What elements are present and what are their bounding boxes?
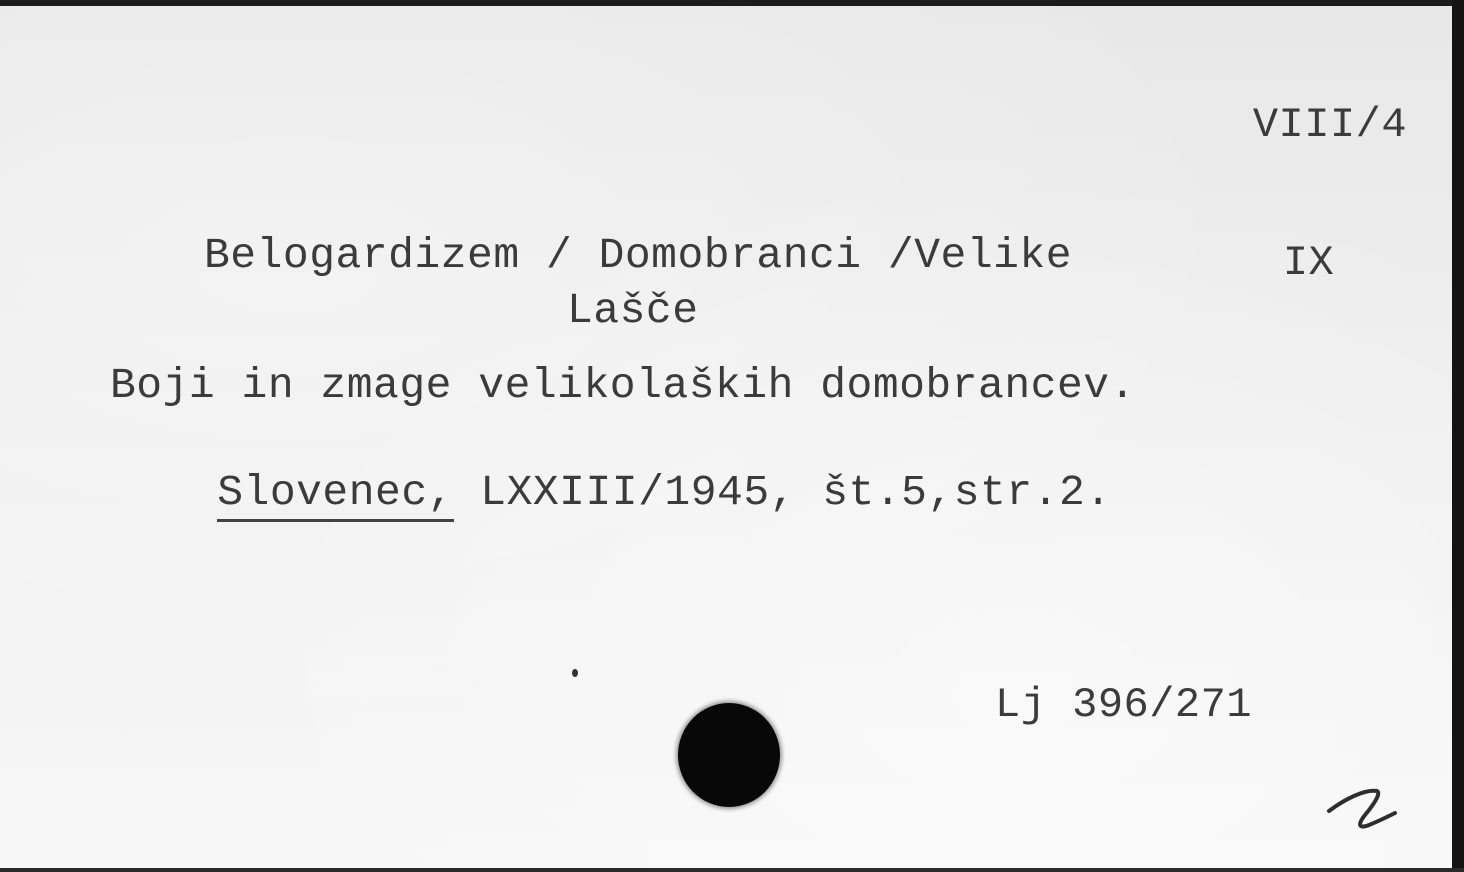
source-citation: Slovenec, LXXIII/1945, št.5,str.2. bbox=[112, 419, 1112, 566]
classification-line-1: VIII/4 bbox=[1253, 101, 1407, 149]
subject-heading-line-1: Belogardizem / Domobranci /Velike bbox=[204, 231, 1072, 280]
article-title: Boji in zmage velikolaških domobrancev. bbox=[110, 361, 1136, 410]
source-publication: Slovenec, bbox=[217, 468, 454, 522]
handwritten-mark-2-icon bbox=[1325, 781, 1405, 841]
call-number: Lj 396/271 bbox=[995, 681, 1252, 729]
card-bottom-edge bbox=[0, 868, 1464, 872]
catalog-card: VIII/4 IX Belogardizem / Domobranci /Vel… bbox=[0, 6, 1452, 868]
subject-heading-line-2: Lašče bbox=[567, 286, 699, 335]
punch-hole-icon bbox=[678, 703, 780, 807]
ink-speck bbox=[572, 669, 578, 677]
classification-line-2: IX bbox=[1150, 240, 1407, 286]
source-details: LXXIII/1945, št.5,str.2. bbox=[454, 468, 1112, 517]
card-right-edge bbox=[1452, 0, 1464, 872]
classification-code: VIII/4 IX bbox=[1150, 56, 1407, 378]
